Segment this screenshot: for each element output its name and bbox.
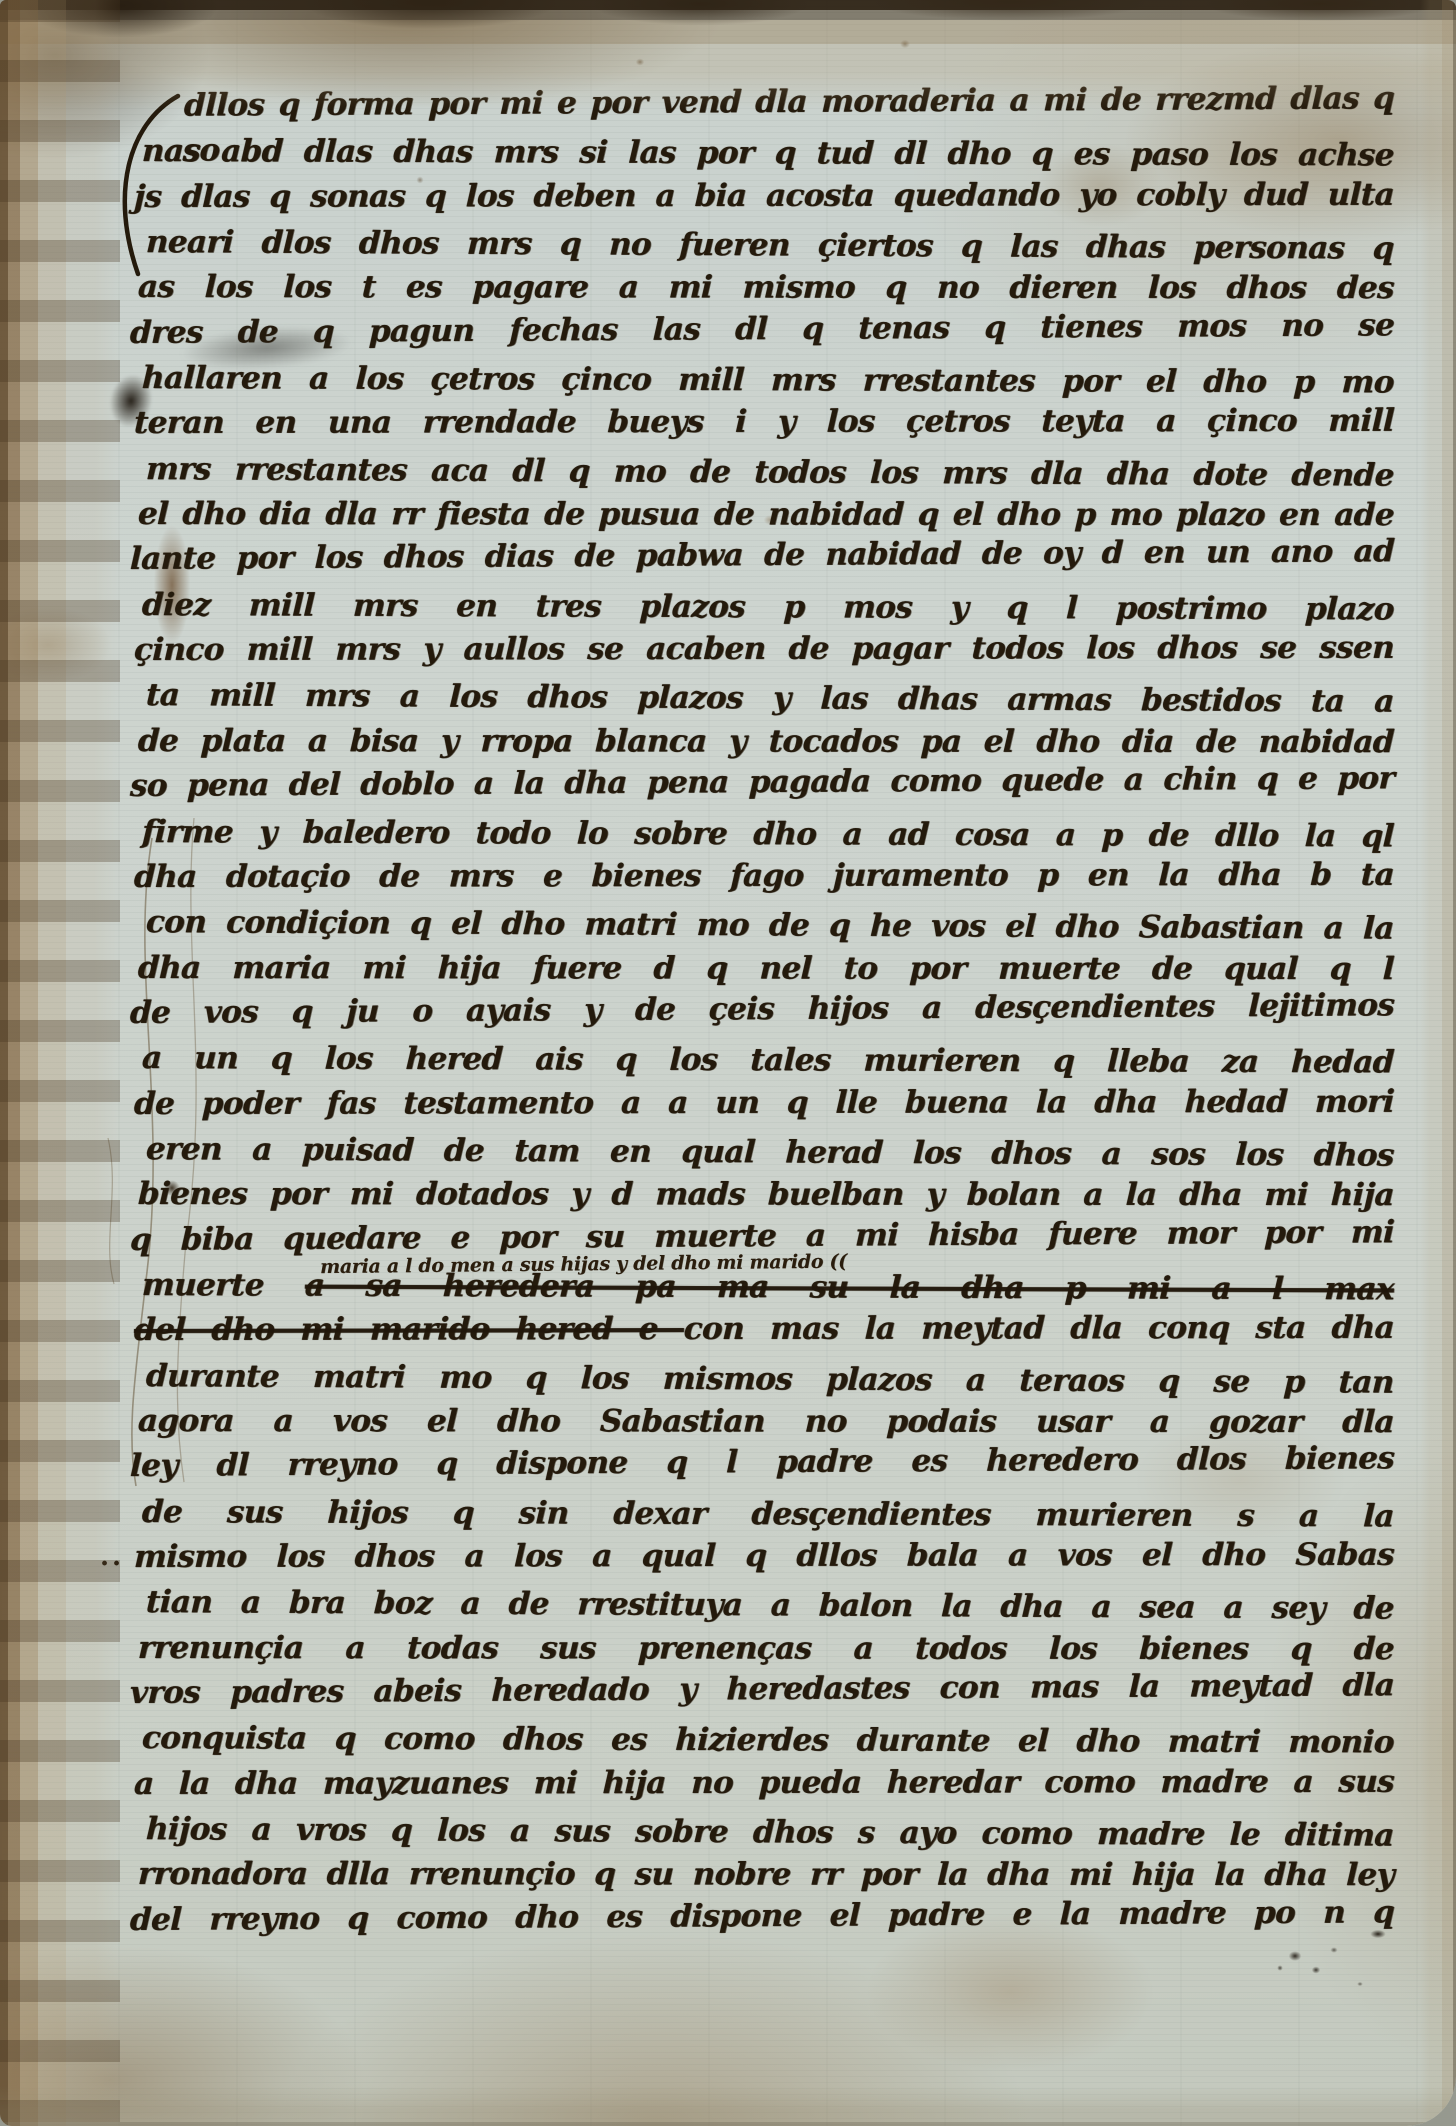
manuscript-line: js dlas q sonas q los deben a bia acosta…: [125, 172, 1395, 220]
manuscript-line: del dho mi marido hered e con mas la mey…: [125, 1306, 1395, 1354]
manuscript-line: dres de q pagun fechas las dl q tenas q …: [125, 303, 1395, 356]
manuscript-line: tian a bra boz a de rrestituya a balon l…: [125, 1580, 1395, 1632]
manuscript-line: çinco mill mrs y aullos se acaben de pag…: [125, 626, 1395, 674]
manuscript-line: nas abd dlas dhas mrs si las por q tud d…: [125, 129, 1395, 179]
manuscript-line: diez mill mrs en tres plazos p mos y q l…: [125, 583, 1395, 633]
manuscript-lines: dllos q forma por mi e por vend dla mora…: [126, 84, 1394, 1943]
manuscript-line: conquista q como dhos es hizierdes duran…: [125, 1716, 1395, 1766]
manuscript-line: de poder fas testamento a a un q lle bue…: [125, 1079, 1395, 1127]
manuscript-page-scan: dllos q forma por mi e por vend dla mora…: [0, 0, 1456, 2126]
manuscript-line: mismo los dhos a los a qual q dllos bala…: [125, 1533, 1395, 1581]
manuscript-line: dha dotaçio de mrs e bienes fago juramen…: [125, 853, 1395, 901]
manuscript-line: ley dl rreyno q dispone q l padre es her…: [125, 1437, 1395, 1490]
manuscript-line: teran en una rrendade bueys i y los çetr…: [125, 399, 1395, 447]
manuscript-line: a un q los hered ais q los tales muriere…: [125, 1036, 1395, 1086]
manuscript-line: mrs rrestantes aca dl q mo de todos los …: [125, 447, 1395, 499]
manuscript-line: de sus hijos q sin dexar desçendientes m…: [125, 1490, 1395, 1540]
struck-text: del dho mi marido hered e: [133, 1311, 684, 1348]
margin-annotation-dots: ..: [100, 1544, 124, 1570]
manuscript-line: con condiçion q el dho matri mo de q he …: [125, 900, 1395, 952]
manuscript-line: dllos q forma por mi e por vend dla mora…: [125, 76, 1395, 129]
manuscript-line: lante por los dhos dias de pabwa de nabi…: [125, 530, 1395, 583]
manuscript-line: firme y baledero todo lo sobre dho a ad …: [125, 810, 1395, 860]
manuscript-line: so pena del doblo a la dha pena pagada c…: [125, 756, 1395, 809]
manuscript-line: durante matri mo q los mismos plazos a t…: [125, 1354, 1395, 1406]
line-text: con mas la meytad dla conq sta dha: [683, 1310, 1394, 1347]
manuscript-line: a la dha mayzuanes mi hija no pueda here…: [125, 1760, 1395, 1808]
line-text: muerte: [141, 1267, 305, 1304]
manuscript-line: vros padres abeis heredado y heredastes …: [125, 1663, 1395, 1716]
manuscript-line: eren a puisad de tam en qual herad los d…: [125, 1127, 1395, 1179]
manuscript-line: del rreyno q como dho es dispone el padr…: [125, 1890, 1395, 1943]
manuscript-line: de vos q ju o ayais y de çeis hijos a de…: [125, 983, 1395, 1036]
manuscript-line: ta mill mrs a los dhos plazos y las dhas…: [125, 673, 1395, 725]
